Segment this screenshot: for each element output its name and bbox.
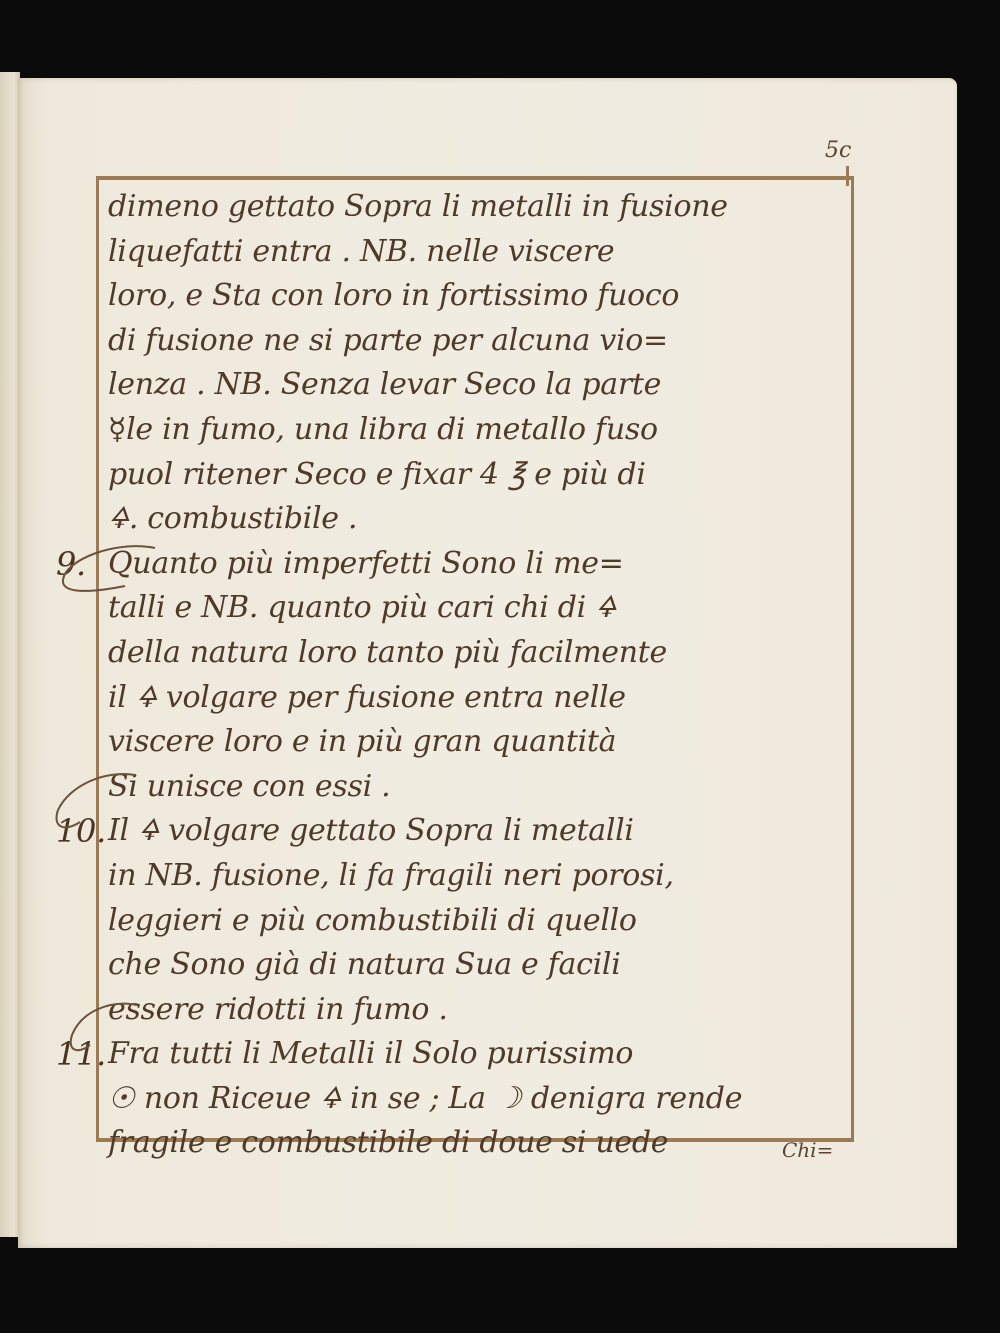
- text-line: puol ritener Seco e fixar 4 ℥ e più di: [108, 453, 848, 498]
- catchword: Chi=: [782, 1138, 833, 1162]
- text-line: leggieri e più combustibili di quello: [108, 899, 848, 944]
- text-line: viscere loro e in più gran quantità: [108, 720, 848, 765]
- text-line: in NB. fusione, li fa fragili neri poros…: [108, 854, 848, 899]
- text-line: liquefatti entra . NB. nelle viscere: [108, 230, 848, 275]
- text-line: il 🜍 volgare per fusione entra nelle: [108, 676, 848, 721]
- paragraph-9-start: 9.Quanto più imperfetti Sono li me=: [108, 542, 848, 587]
- paragraph-number: 11.: [56, 1032, 106, 1077]
- paragraph-10-start: 10.Il 🜍 volgare gettato Sopra li metalli: [108, 809, 848, 854]
- previous-page-edge: [0, 72, 20, 1237]
- paragraph-11-start: 11.Fra tutti li Metalli il Solo purissim…: [108, 1032, 848, 1077]
- folio-number: 5c: [825, 138, 851, 163]
- paragraph-number: 10.: [56, 809, 106, 854]
- text-line: che Sono già di natura Sua e facili: [108, 943, 848, 988]
- text-line: Si unisce con essi .: [108, 765, 848, 810]
- text-line: essere ridotti in fumo .: [108, 988, 848, 1033]
- text-line: dimeno gettato Sopra li metalli in fusio…: [108, 185, 848, 230]
- handwritten-text-block: dimeno gettato Sopra li metalli in fusio…: [108, 185, 848, 1166]
- text-line: di fusione ne si parte per alcuna vio=: [108, 319, 848, 364]
- text-line: loro, e Sta con loro in fortissimo fuoco: [108, 274, 848, 319]
- text-line: lenza . NB. Senza levar Seco la parte: [108, 363, 848, 408]
- text-line: talli e NB. quanto più cari chi di 🜍: [108, 586, 848, 631]
- text-line: 🜍. combustibile .: [108, 497, 848, 542]
- text-line: ☉ non Riceue 🜍 in se ; La ☽ denigra rend…: [108, 1077, 848, 1122]
- paragraph-number: 9.: [56, 542, 86, 587]
- text-line: ☿le in fumo, una libra di metallo fuso: [108, 408, 848, 453]
- text-line: fragile e combustibile di doue si uede: [108, 1121, 848, 1166]
- text-line: della natura loro tanto più facilmente: [108, 631, 848, 676]
